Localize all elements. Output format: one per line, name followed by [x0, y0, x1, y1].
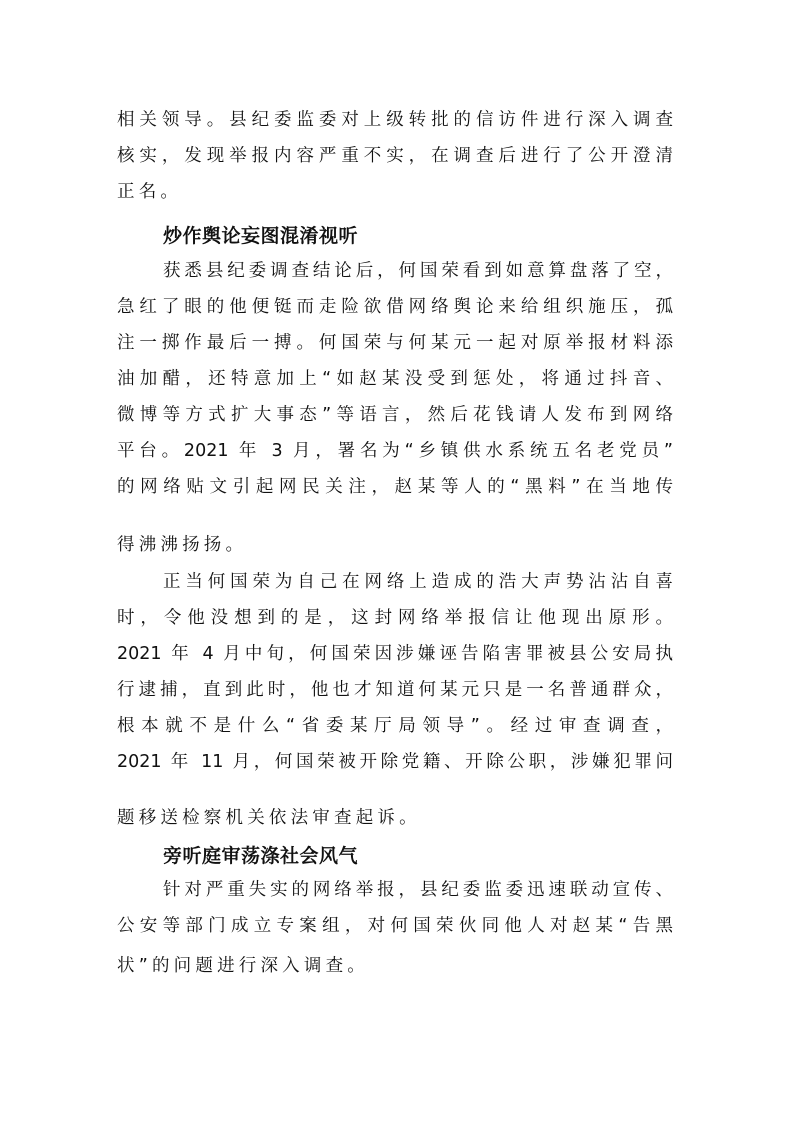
paragraph-first-line: 针对严重失实的网络举报，县纪委监委迅速联动宣传、	[163, 878, 673, 902]
body-text-line: 核实，发现举报内容严重不实，在调查后进行了公开澄清	[117, 144, 673, 168]
body-text-line: 公安等部门成立专案组，对何国荣伙同他人对赵某“告黑	[117, 914, 673, 938]
section-heading: 炒作舆论妄图混淆视听	[163, 223, 358, 249]
body-text-line: 急红了眼的他便铤而走险欲借网络舆论来给组织施压，孤	[117, 295, 673, 319]
paragraph-first-line: 获悉县纪委调查结论后，何国荣看到如意算盘落了空，	[163, 259, 673, 283]
paragraph-first-line: 正当何国荣为自己在网络上造成的浩大声势沾沾自喜	[163, 570, 673, 594]
body-text-line: 正名。	[117, 180, 673, 204]
document-page: 相关领导。县纪委监委对上级转批的信访件进行深入调查 核实，发现举报内容严重不实，…	[0, 0, 793, 1122]
body-text-line: 2021 年 4 月中旬，何国荣因涉嫌诬告陷害罪被县公安局执	[117, 642, 673, 666]
section-heading: 旁听庭审荡涤社会风气	[163, 843, 358, 869]
body-text-line: 时，令他没想到的是，这封网络举报信让他现出原形。	[117, 606, 673, 630]
body-text-line: 状”的问题进行深入调查。	[117, 954, 673, 978]
body-text-line: 2021 年 11 月，何国荣被开除党籍、开除公职，涉嫌犯罪问	[117, 750, 673, 774]
body-text-line: 题移送检察机关依法审查起诉。	[117, 806, 673, 830]
body-text-line: 微博等方式扩大事态”等语言，然后花钱请人发布到网络	[117, 403, 673, 427]
body-text-line: 油加醋，还特意加上“如赵某没受到惩处，将通过抖音、	[117, 367, 673, 391]
body-text-line: 平台。2021 年 3 月，署名为“乡镇供水系统五名老党员”	[117, 439, 673, 463]
body-text-line: 根本就不是什么“省委某厅局领导”。经过审查调查，	[117, 714, 673, 738]
body-text-line: 得沸沸扬扬。	[117, 533, 673, 557]
body-text-line: 行逮捕，直到此时，他也才知道何某元只是一名普通群众，	[117, 678, 673, 702]
body-text-line: 的网络贴文引起网民关注，赵某等人的“黑料”在当地传	[117, 475, 673, 499]
body-text-line: 注一掷作最后一搏。何国荣与何某元一起对原举报材料添	[117, 331, 673, 355]
body-text-line: 相关领导。县纪委监委对上级转批的信访件进行深入调查	[117, 108, 673, 132]
